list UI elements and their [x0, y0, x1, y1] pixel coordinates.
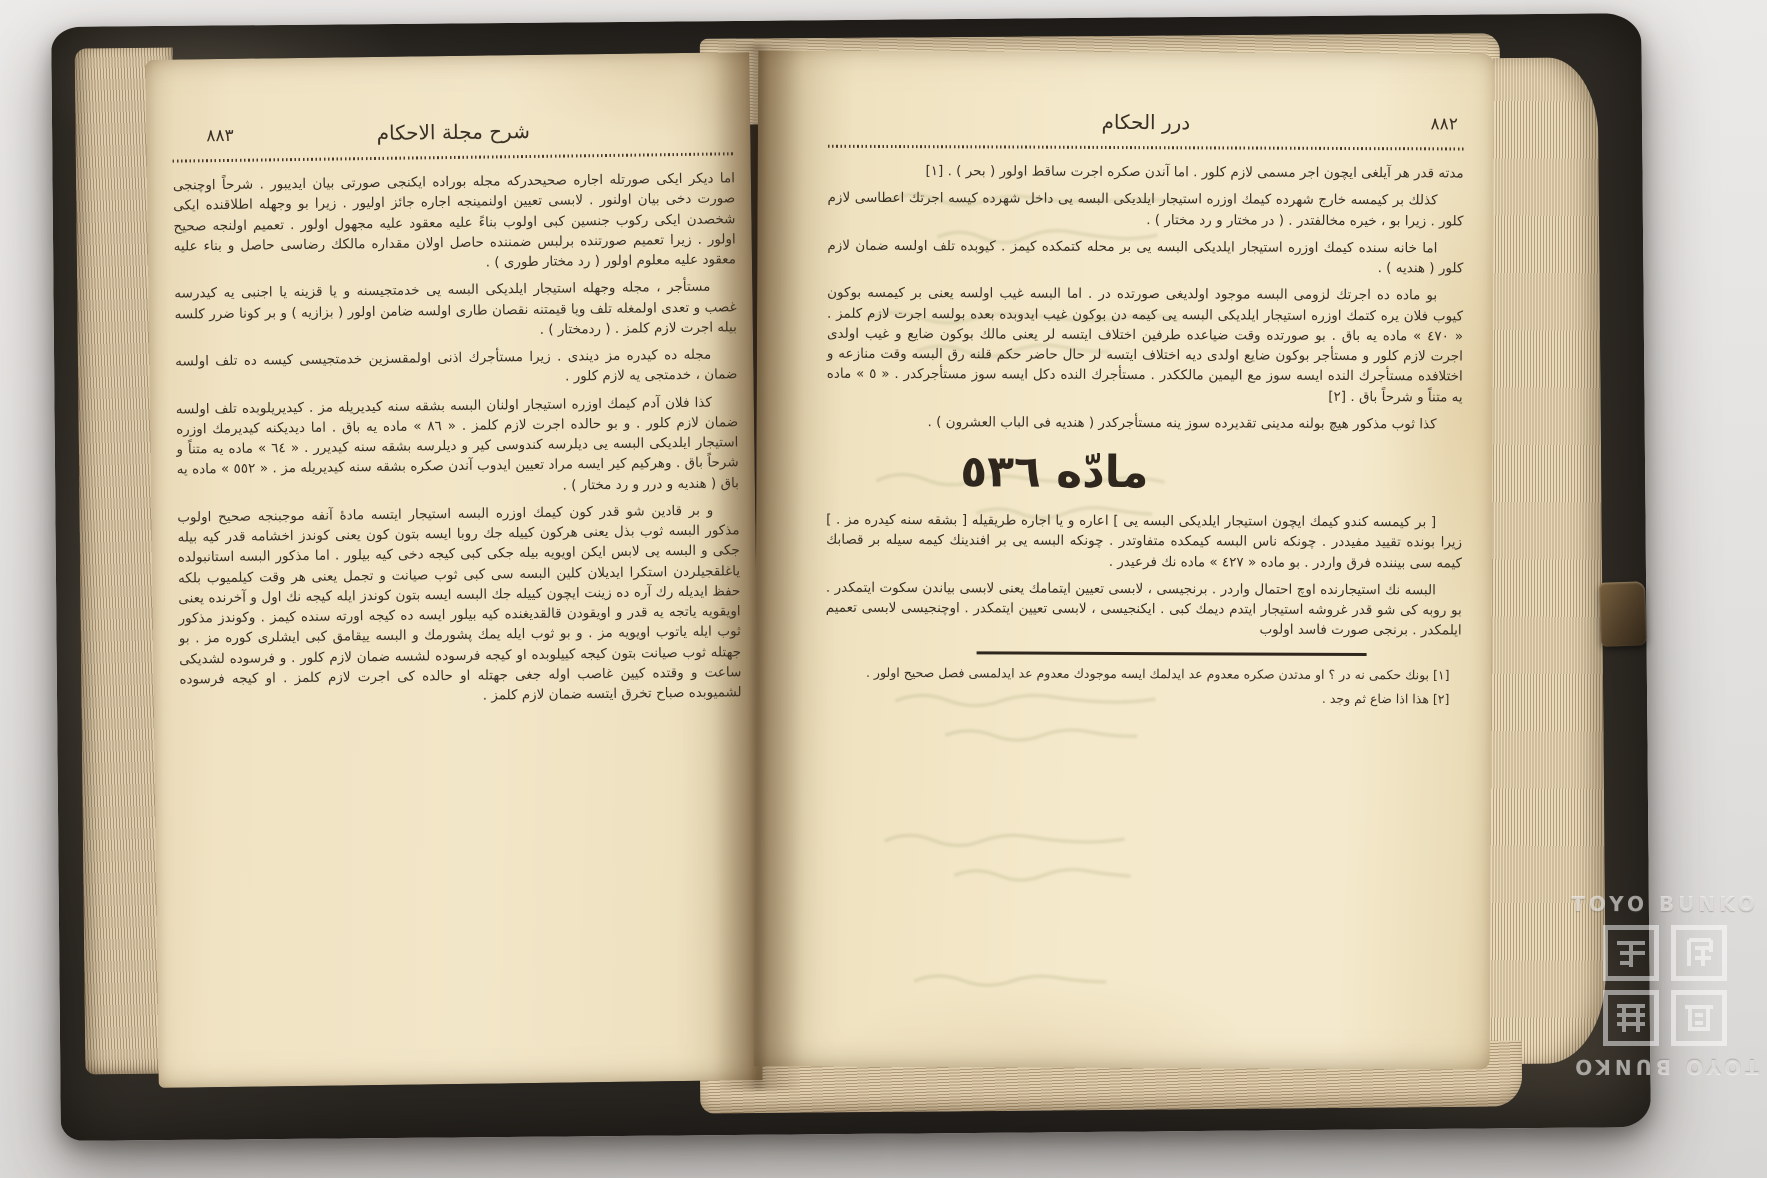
paragraph: كذلك بر كيمسه خارج شهرده كيمك اوزره استي…	[827, 188, 1463, 231]
paragraph: اما خانه سنده كيمك اوزره استيجار ايلديكى…	[827, 235, 1463, 278]
photo-background: ٨٨٣ شرح مجلة الاحكام اما ديكر ايكى صورتل…	[0, 0, 1767, 1178]
left-page-number: ٨٨٣	[206, 126, 234, 146]
right-page-header: ٨٨٢ درر الحكام	[828, 109, 1464, 144]
left-page-text: اما ديكر ايكى صورتله اجاره صحيحدركه مجله…	[173, 168, 742, 710]
footnote: [١] بونك حكمى نه در ؟ او مدتدن صكره معدو…	[825, 662, 1461, 684]
watermark-seal-stamp	[1566, 925, 1764, 1046]
right-page-text-top: مدته قدر هر آيلغى ايچون اجر مسمى لازم كل…	[827, 161, 1464, 435]
clasp-remnant	[1599, 581, 1647, 647]
right-page-text-bottom: [ بر كيمسه كندو كيمك ايچون استيجار ايلدي…	[826, 510, 1463, 641]
left-page-title: شرح مجلة الاحكام	[172, 116, 734, 147]
paragraph: بو ماده ده اجرتك لزومى البسه موجود اولدي…	[827, 283, 1464, 407]
footnote-separator	[977, 651, 1367, 656]
right-page-number: ٨٨٢	[1430, 114, 1457, 134]
paragraph: مجله ده كيدره مز ديندى . زيرا مستأجرك اذ…	[175, 344, 737, 392]
paragraph: البسه نك استيجارنده اوچ احتمال واردر . ب…	[826, 577, 1462, 641]
header-rule	[828, 145, 1464, 151]
paragraph: اما ديكر ايكى صورتله اجاره صحيحدركه مجله…	[173, 168, 736, 277]
paragraph: و بر قادين شو قدر كون كيمك اوزره البسه ا…	[177, 500, 742, 710]
seal-character-icon	[1671, 990, 1727, 1046]
toyo-bunko-watermark: TOYO BUNKO	[1566, 892, 1764, 1079]
paragraph: مدته قدر هر آيلغى ايچون اجر مسمى لازم كل…	[828, 161, 1464, 184]
paragraph: كذا فلان آدم كيمك اوزره استيجار اولنان ا…	[176, 392, 739, 501]
seal-character-icon	[1603, 990, 1659, 1046]
paragraph: [ بر كيمسه كندو كيمك ايچون استيجار ايلدي…	[826, 510, 1462, 574]
footnote: [٢] هذا اذا ضاع ثم وجد .	[825, 687, 1461, 709]
right-page-footnotes: [١] بونك حكمى نه در ؟ او مدتدن صكره معدو…	[825, 662, 1461, 709]
watermark-text-flipped: TOYO BUNKO	[1566, 1055, 1764, 1079]
paragraph: كذا ثوب مذكور هيچ بولنه مدينى تقديرده سو…	[827, 411, 1463, 434]
paragraph: مستأجر ، مجله وجهله استيجار ايلديكى البس…	[174, 277, 737, 345]
seal-character-icon	[1671, 925, 1727, 981]
watermark-text: TOYO BUNKO	[1566, 892, 1764, 916]
right-page-title: درر الحكام	[828, 109, 1464, 136]
left-page-header: ٨٨٣ شرح مجلة الاحكام	[172, 116, 734, 155]
left-page: ٨٨٣ شرح مجلة الاحكام اما ديكر ايكى صورتل…	[145, 52, 762, 1088]
article-536-heading: مادّه ٥٣٦	[826, 446, 1462, 500]
right-page: ٨٨٢ درر الحكام مدته قدر هر آيلغى ايچون ا…	[754, 50, 1494, 1069]
seal-character-icon	[1603, 925, 1659, 981]
